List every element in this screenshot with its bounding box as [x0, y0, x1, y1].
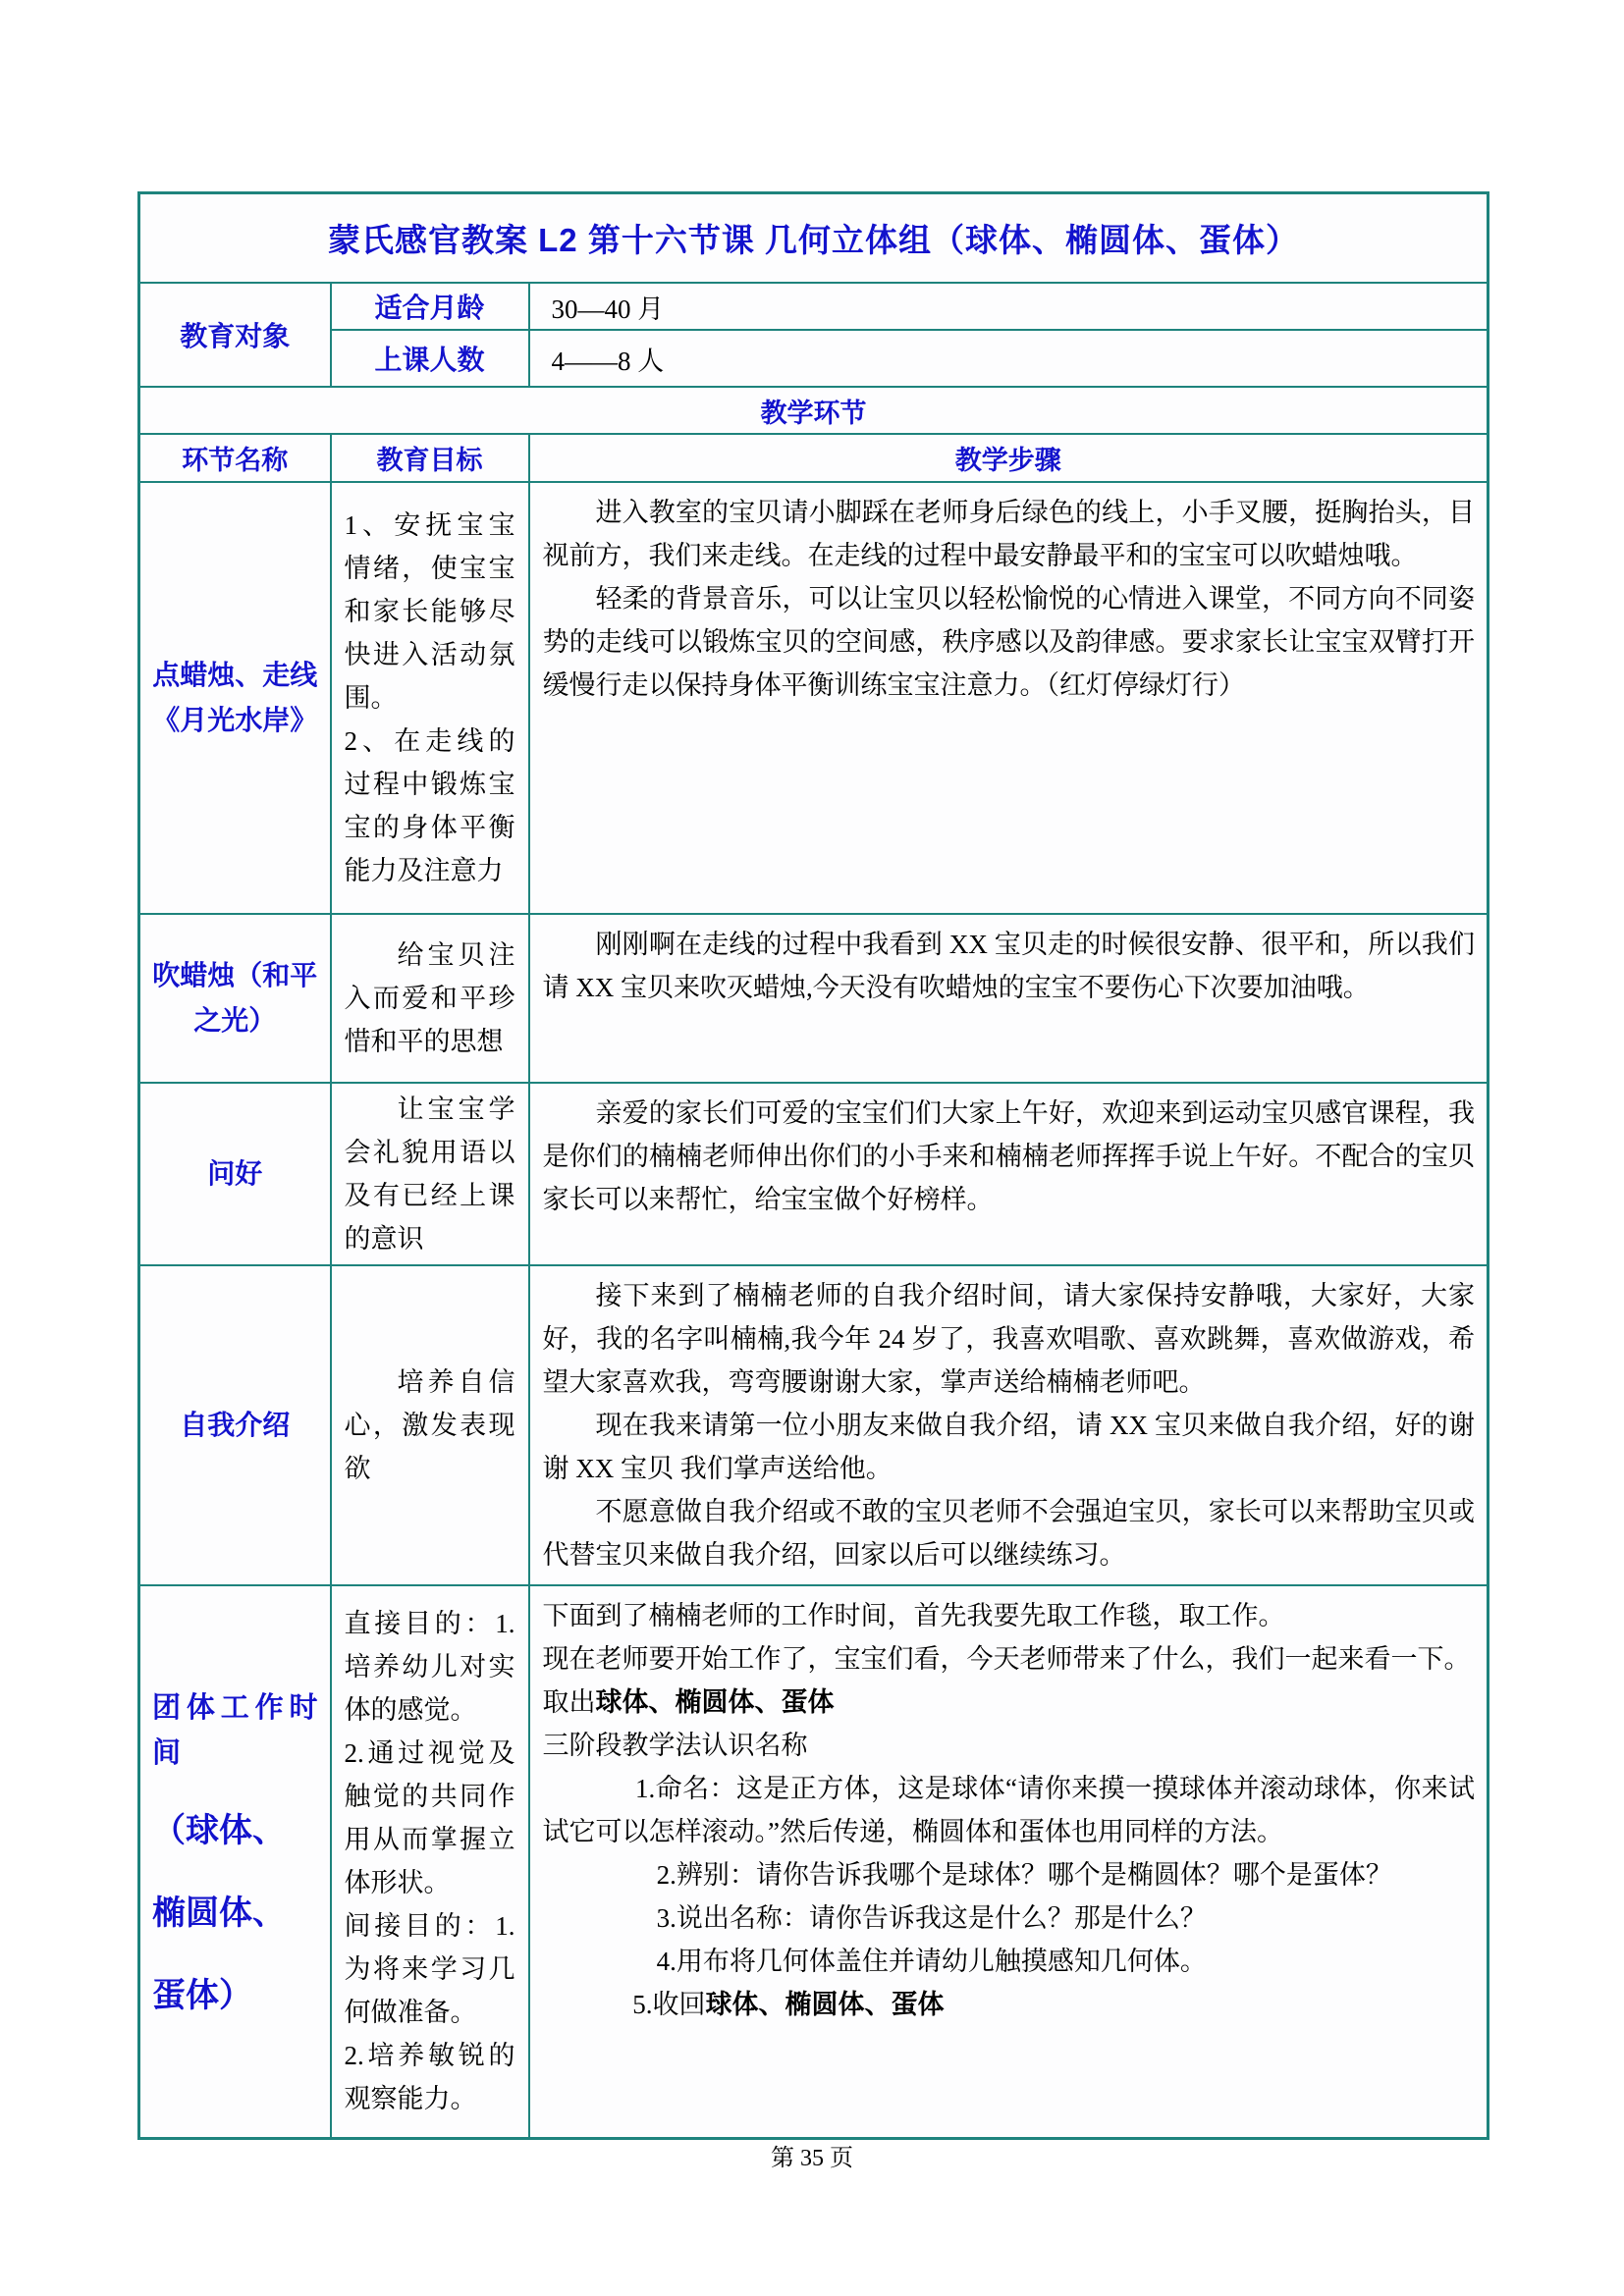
stage-goal-blow-candle: 给宝贝注入而爱和平珍惜和平的思想	[331, 914, 529, 1083]
title-row: 蒙氏感官教案 L2 第十六节课 几何立体组（球体、椭圆体、蛋体）	[139, 193, 1489, 284]
collect-materials: 球体、椭圆体、蛋体	[706, 1990, 945, 2019]
stage-steps-candle-line: 进入教室的宝贝请小脚踩在老师身后绿色的线上，小手叉腰，挺胸抬头，目视前方，我们来…	[529, 482, 1489, 914]
stage-row-candle-line: 点蜡烛、走线《月光水岸》 1、安抚宝宝情绪，使宝宝和家长能够尽快进入活动氛围。 …	[139, 482, 1489, 914]
steps-paragraph: 下面到了楠楠老师的工作时间，首先我要先取工作毯，取工作。	[543, 1594, 1476, 1637]
stage-steps-greeting: 亲爱的家长们可爱的宝宝们们大家上午好，欢迎来到运动宝贝感官课程，我是你们的楠楠老…	[529, 1083, 1489, 1265]
stage-name-group-work-materials: （球体、椭圆体、蛋体）	[152, 1789, 318, 2037]
audience-label: 教育对象	[139, 283, 331, 387]
column-header-goal: 教育目标	[331, 434, 529, 482]
steps-paragraph: 轻柔的背景音乐，可以让宝贝以轻松愉悦的心情进入课堂，不同方向不同姿势的走线可以锻…	[543, 577, 1476, 707]
stage-name-group-work: 团体工作时间 （球体、椭圆体、蛋体）	[139, 1585, 331, 2138]
column-header-name: 环节名称	[139, 434, 331, 482]
document-page: 蒙氏感官教案 L2 第十六节课 几何立体组（球体、椭圆体、蛋体） 教育对象 适合…	[0, 0, 1624, 2296]
steps-paragraph: 现在我来请第一位小朋友来做自我介绍，请 XX 宝贝来做自我介绍，好的谢谢 XX …	[543, 1404, 1476, 1490]
goal-paragraph: 1、安抚宝宝情绪，使宝宝和家长能够尽快进入活动氛围。	[345, 504, 515, 720]
steps-numbered-item: 3.说出名称：请你告诉我这是什么？那是什么？	[543, 1896, 1476, 1940]
goal-paragraph: 培养自信心，激发表现欲	[345, 1361, 515, 1490]
page-number: 第 35 页	[0, 2138, 1624, 2172]
stage-row-blow-candle: 吹蜡烛（和平之光） 给宝贝注入而爱和平珍惜和平的思想 刚刚啊在走线的过程中我看到…	[139, 914, 1489, 1083]
goal-paragraph: 2.培养敏锐的观察能力。	[345, 2034, 515, 2120]
stage-name-blow-candle: 吹蜡烛（和平之光）	[139, 914, 331, 1083]
stage-row-greeting: 问好 让宝宝学会礼貌用语以及有已经上课的意识 亲爱的家长们可爱的宝宝们们大家上午…	[139, 1083, 1489, 1265]
stage-steps-group-work: 下面到了楠楠老师的工作时间，首先我要先取工作毯，取工作。 现在老师要开始工作了，…	[529, 1585, 1489, 2138]
steps-collect-line: 5.收回球体、椭圆体、蛋体	[543, 1983, 1476, 2026]
steps-paragraph: 亲爱的家长们可爱的宝宝们们大家上午好，欢迎来到运动宝贝感官课程，我是你们的楠楠老…	[543, 1092, 1476, 1221]
stage-name-group-work-main: 团体工作时间	[152, 1685, 318, 1776]
goal-paragraph: 直接目的：1.培养幼儿对实体的感觉。	[345, 1602, 515, 1732]
stage-name-self-intro: 自我介绍	[139, 1265, 331, 1585]
stage-name-candle-line: 点蜡烛、走线《月光水岸》	[139, 482, 331, 914]
steps-paragraph: 接下来到了楠楠老师的自我介绍时间，请大家保持安静哦，大家好，大家好，我的名字叫楠…	[543, 1274, 1476, 1404]
steps-take-out-line: 取出球体、椭圆体、蛋体	[543, 1681, 1476, 1724]
stage-steps-blow-candle: 刚刚啊在走线的过程中我看到 XX 宝贝走的时候很安静、很平和，所以我们请 XX …	[529, 914, 1489, 1083]
steps-paragraph: 现在老师要开始工作了，宝宝们看，今天老师带来了什么，我们一起来看一下。	[543, 1637, 1476, 1681]
take-out-prefix: 取出	[543, 1687, 596, 1717]
stage-goal-group-work: 直接目的：1.培养幼儿对实体的感觉。 2.通过视觉及触觉的共同作用从而掌握立体形…	[331, 1585, 529, 2138]
steps-numbered-item: 4.用布将几何体盖住并请幼儿触摸感知几何体。	[543, 1940, 1476, 1983]
page-title: 蒙氏感官教案 L2 第十六节课 几何立体组（球体、椭圆体、蛋体）	[139, 193, 1489, 284]
audience-row-count: 上课人数 4——8 人	[139, 330, 1489, 387]
section-header: 教学环节	[139, 387, 1489, 434]
stage-steps-self-intro: 接下来到了楠楠老师的自我介绍时间，请大家保持安静哦，大家好，大家好，我的名字叫楠…	[529, 1265, 1489, 1585]
steps-method-title: 三阶段教学法认识名称	[543, 1724, 1476, 1767]
stage-goal-candle-line: 1、安抚宝宝情绪，使宝宝和家长能够尽快进入活动氛围。 2、在走线的过程中锻炼宝宝…	[331, 482, 529, 914]
steps-numbered-item: 1.命名：这是正方体，这是球体“请你来摸一摸球体并滚动球体，你来试试它可以怎样滚…	[543, 1767, 1476, 1853]
class-size-value: 4——8 人	[529, 330, 1489, 387]
age-value: 30—40 月	[529, 283, 1489, 330]
class-size-label: 上课人数	[331, 330, 529, 387]
lesson-plan-table: 蒙氏感官教案 L2 第十六节课 几何立体组（球体、椭圆体、蛋体） 教育对象 适合…	[137, 191, 1489, 2140]
goal-paragraph: 2.通过视觉及触觉的共同作用从而掌握立体形状。	[345, 1732, 515, 1904]
audience-row-age: 教育对象 适合月龄 30—40 月	[139, 283, 1489, 330]
goal-paragraph: 给宝贝注入而爱和平珍惜和平的思想	[345, 934, 515, 1063]
goal-paragraph: 间接目的：1.为将来学习几何做准备。	[345, 1904, 515, 2034]
age-label: 适合月龄	[331, 283, 529, 330]
steps-paragraph: 进入教室的宝贝请小脚踩在老师身后绿色的线上，小手叉腰，挺胸抬头，目视前方，我们来…	[543, 491, 1476, 577]
stage-goal-self-intro: 培养自信心，激发表现欲	[331, 1265, 529, 1585]
steps-paragraph: 不愿意做自我介绍或不敢的宝贝老师不会强迫宝贝，家长可以来帮助宝贝或代替宝贝来做自…	[543, 1490, 1476, 1576]
goal-paragraph: 2、在走线的过程中锻炼宝宝的身体平衡能力及注意力	[345, 720, 515, 892]
steps-paragraph: 刚刚啊在走线的过程中我看到 XX 宝贝走的时候很安静、很平和，所以我们请 XX …	[543, 923, 1476, 1009]
take-out-materials: 球体、椭圆体、蛋体	[596, 1687, 835, 1717]
collect-prefix: 5.收回	[632, 1990, 705, 2019]
steps-numbered-item: 2.辨别：请你告诉我哪个是球体？哪个是椭圆体？哪个是蛋体？	[543, 1853, 1476, 1896]
stage-goal-greeting: 让宝宝学会礼貌用语以及有已经上课的意识	[331, 1083, 529, 1265]
stage-row-group-work: 团体工作时间 （球体、椭圆体、蛋体） 直接目的：1.培养幼儿对实体的感觉。 2.…	[139, 1585, 1489, 2138]
goal-paragraph: 让宝宝学会礼貌用语以及有已经上课的意识	[345, 1088, 515, 1260]
column-header-row: 环节名称 教育目标 教学步骤	[139, 434, 1489, 482]
stage-name-greeting: 问好	[139, 1083, 331, 1265]
stage-row-self-intro: 自我介绍 培养自信心，激发表现欲 接下来到了楠楠老师的自我介绍时间，请大家保持安…	[139, 1265, 1489, 1585]
section-header-row: 教学环节	[139, 387, 1489, 434]
column-header-steps: 教学步骤	[529, 434, 1489, 482]
